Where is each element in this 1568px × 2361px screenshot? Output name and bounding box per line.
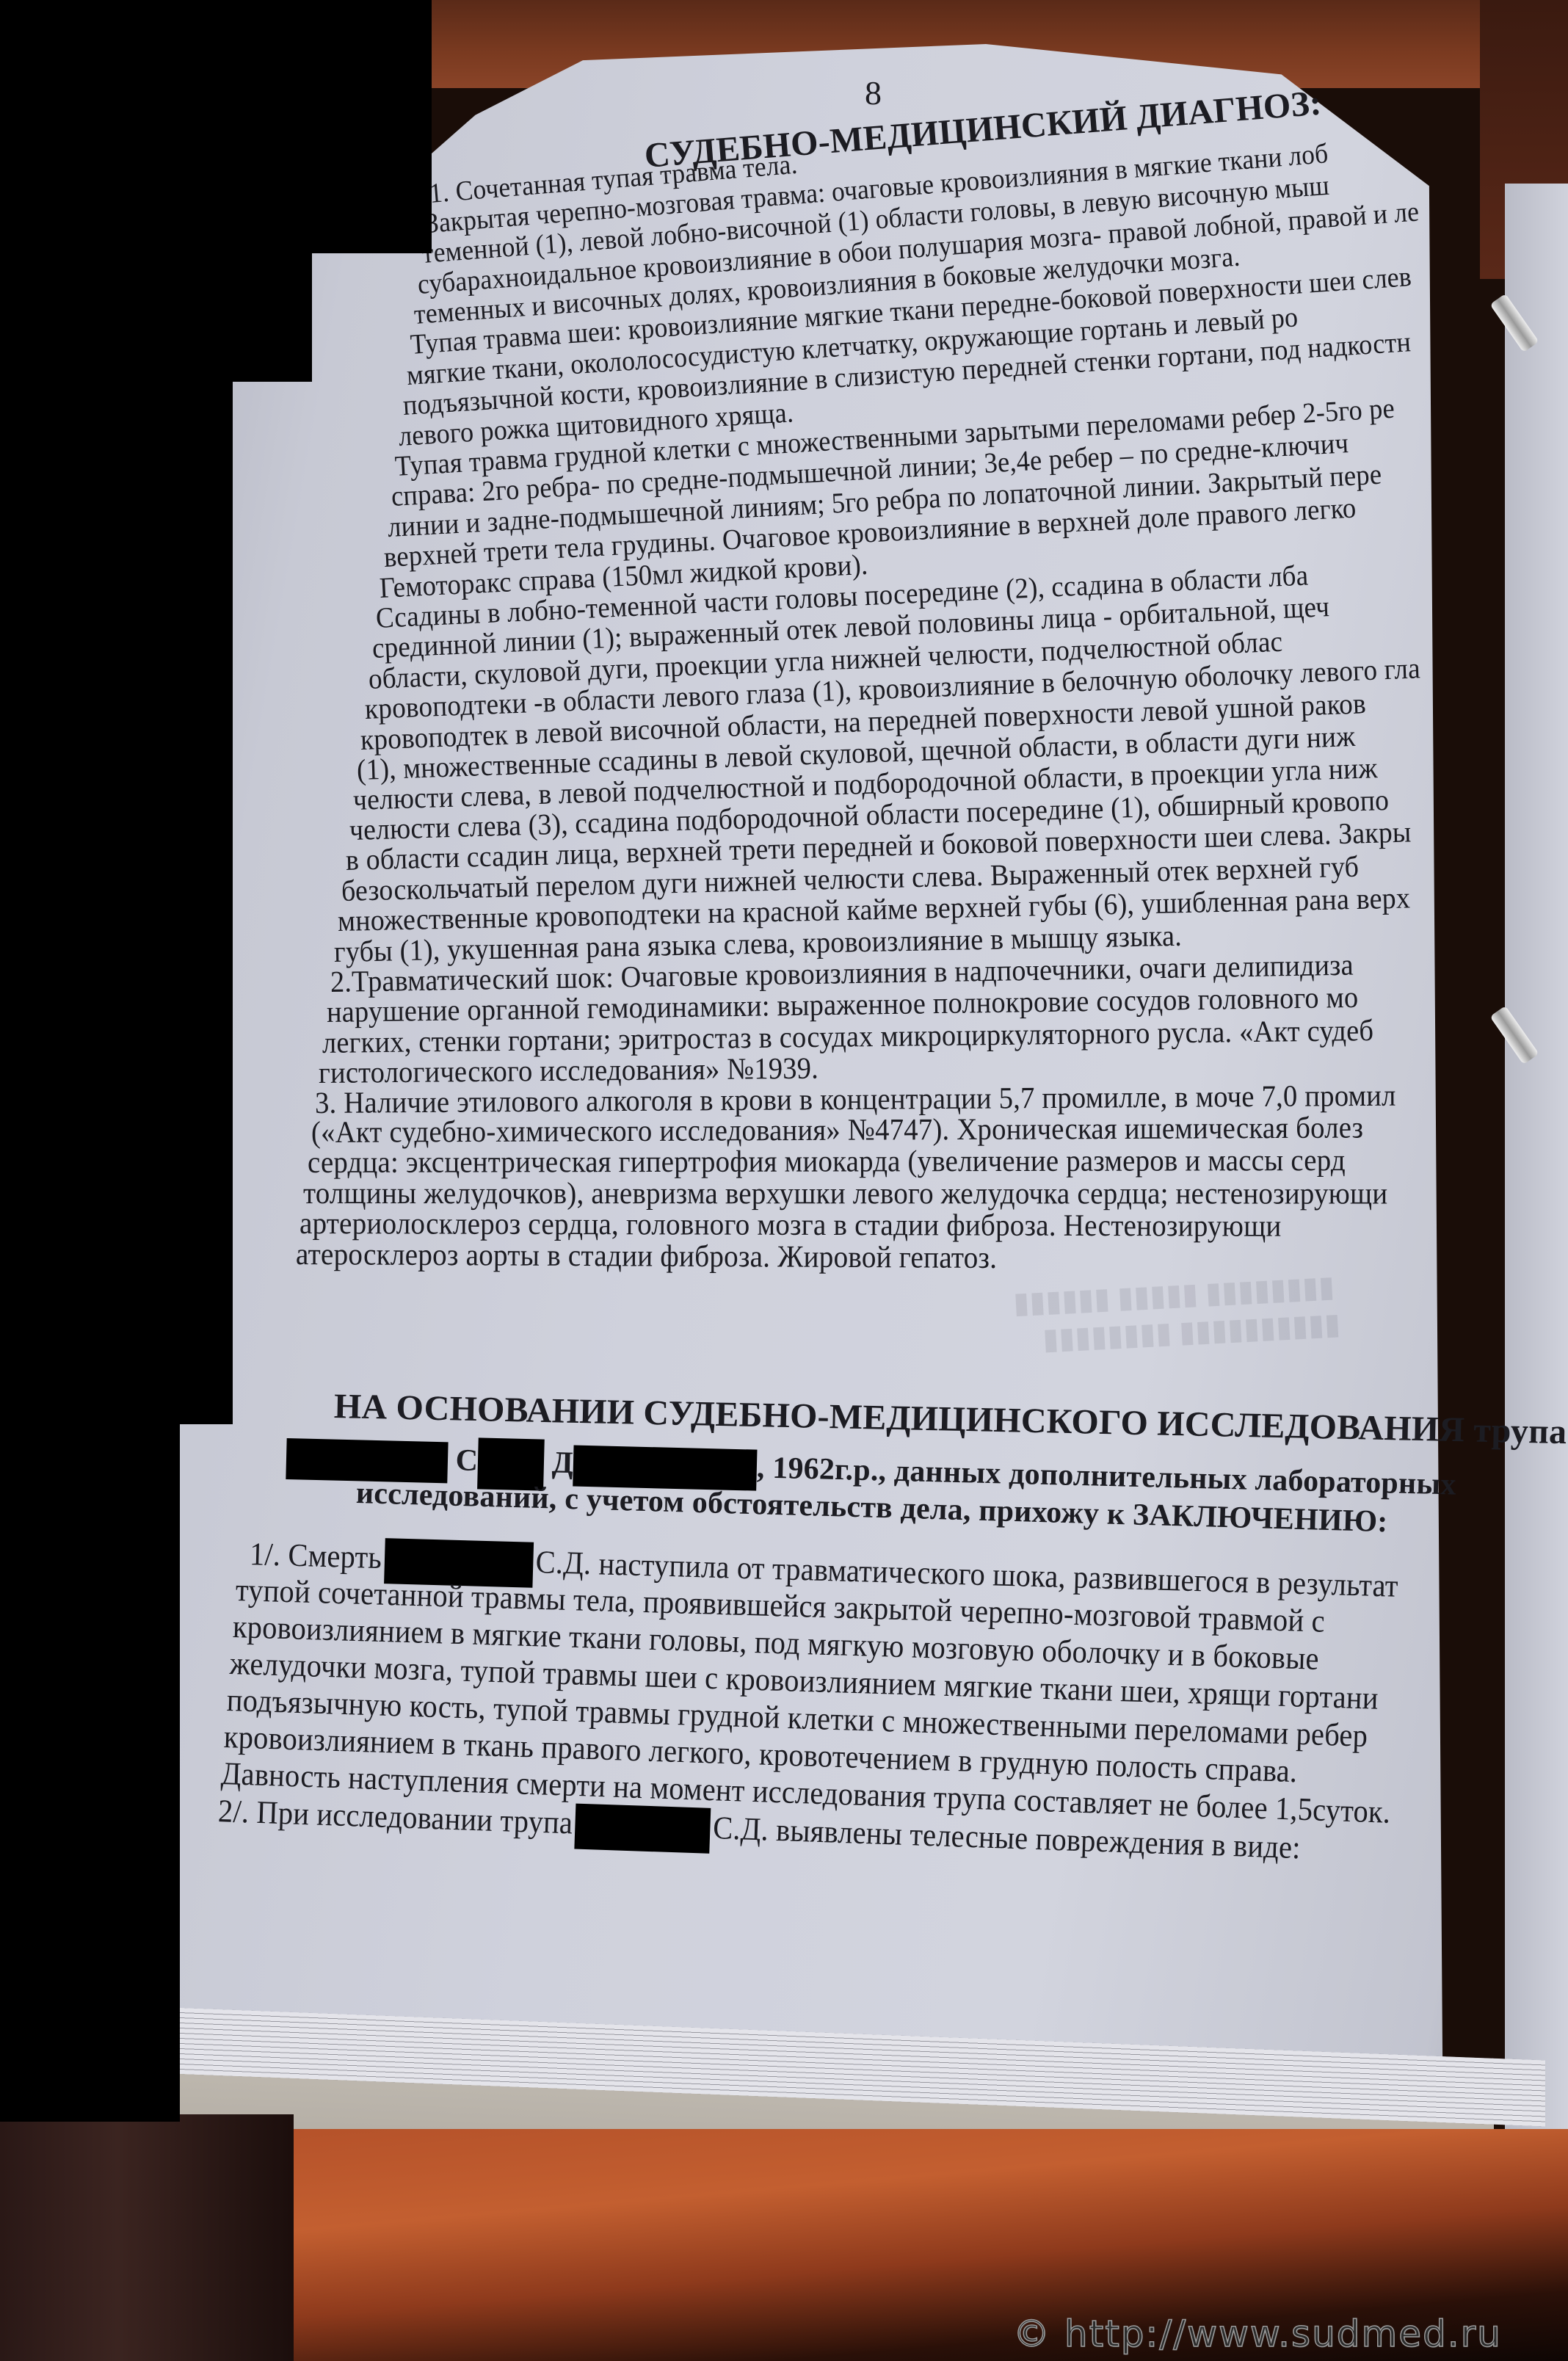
next-page-edge: [1505, 184, 1568, 2129]
hand: [0, 2114, 294, 2361]
redacted-surname: [575, 1804, 711, 1854]
diagnosis-line: атеросклероз аорты в стадии фиброза. Жир…: [296, 1236, 997, 1276]
black-mask: [0, 253, 312, 382]
page-number: 8: [865, 73, 882, 112]
watermark: © http://www.sudmed.ru: [1013, 2313, 1502, 2355]
patronymic-initial: Д: [551, 1446, 573, 1480]
diagnosis-line: сердца: эксцентрическая гипертрофия миок…: [308, 1143, 1346, 1180]
black-mask: [0, 382, 233, 1424]
black-mask: [0, 0, 432, 253]
name-initial: С: [455, 1443, 479, 1478]
conclusion-line-prefix: 1/. Смерть: [249, 1536, 382, 1575]
black-mask: [0, 1424, 180, 2122]
